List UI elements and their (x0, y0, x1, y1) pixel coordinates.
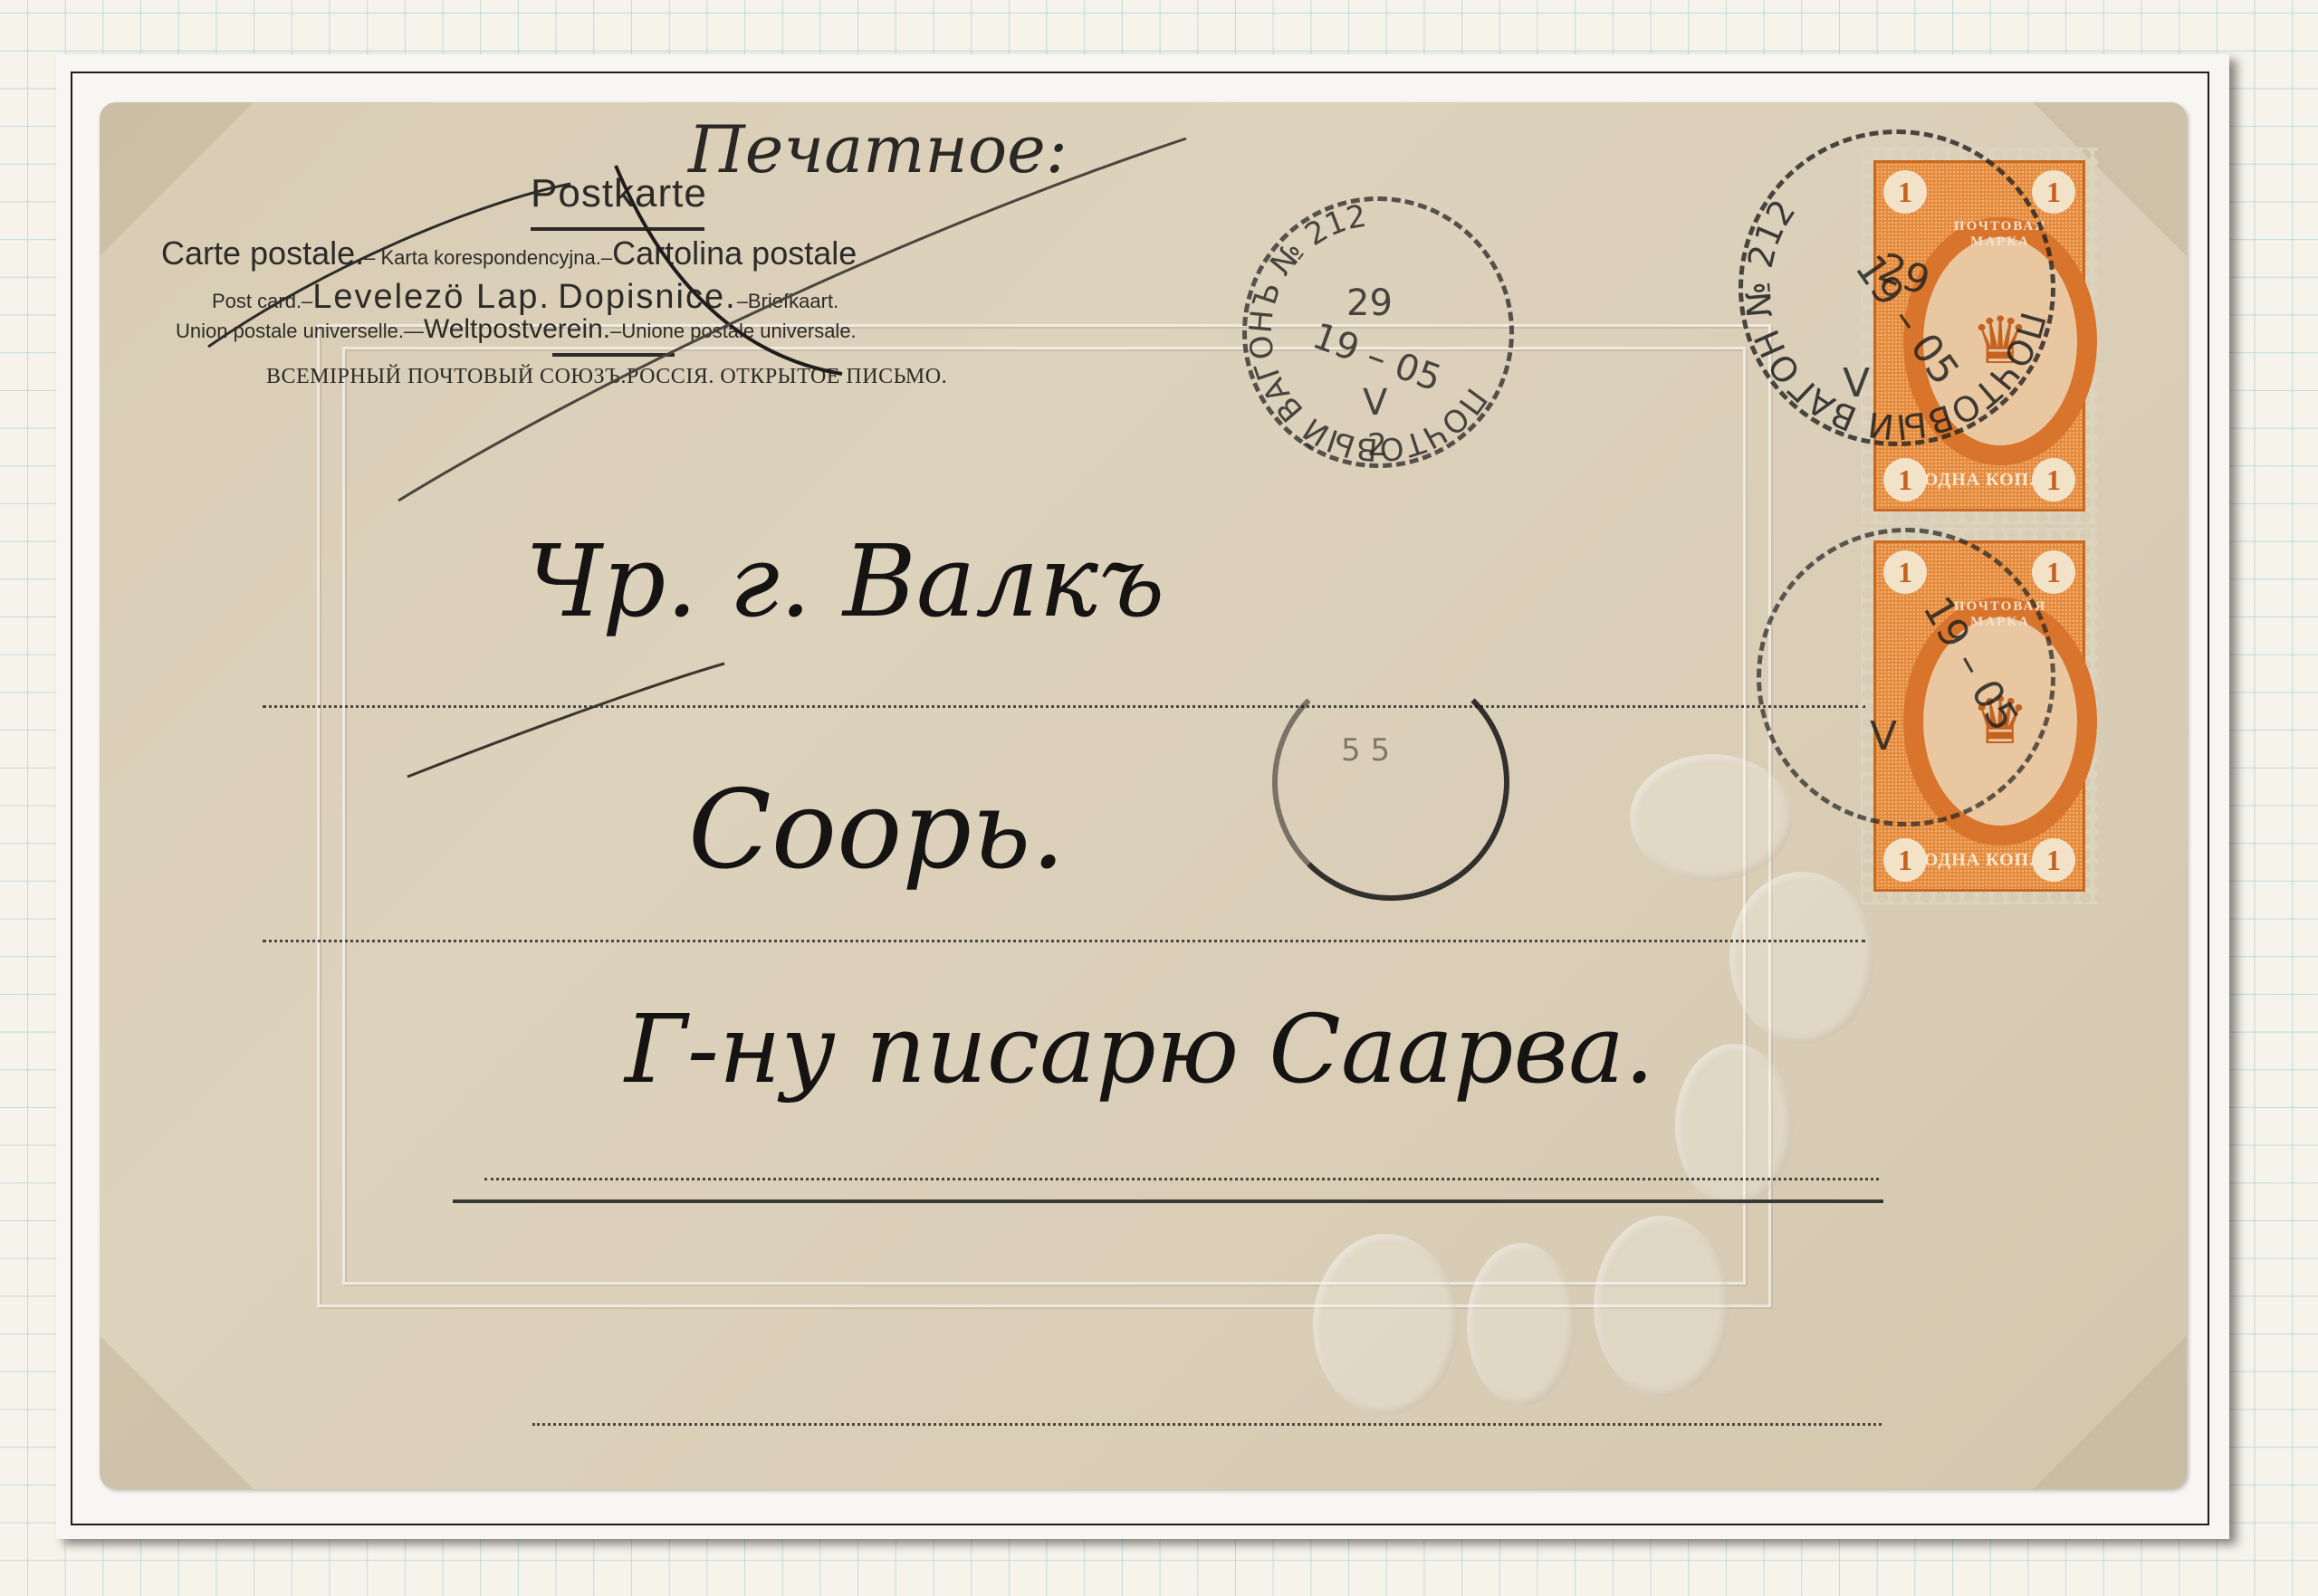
corner-mount-bottom-left (100, 1335, 254, 1489)
briefkaart-text: –Briefkaart. (737, 290, 839, 312)
corner-mount-top-left (100, 102, 254, 256)
post-card-text: Post card.– (212, 290, 312, 312)
postkarte-title: Postkarte (531, 171, 707, 216)
postmark-traveling-post-office: ПОЧТОВЫЙ ВАГОНЪ № 212 29 19 – 05 V 2 (1242, 196, 1514, 468)
embossed-flower (1594, 1216, 1729, 1397)
weltpostverein-text: Weltpostverein. (424, 314, 610, 344)
address-rule-4 (532, 1423, 1882, 1426)
levelezo-lap-text: Levelezö Lap. (312, 278, 551, 316)
header-line-2: Post card.–Levelezö Lap. Dopisnice.–Brie… (212, 278, 838, 317)
address-rule-3 (484, 1178, 1879, 1180)
dopisnice-text: Dopisnice. (558, 278, 736, 316)
address-rule-3-solid (453, 1199, 1883, 1203)
postmark-ring-text: ПОЧТОВЫЙ ВАГОНЪ № 212 (1247, 201, 1509, 464)
postmark-partial-text: 5 5 (1341, 732, 1390, 769)
stamp-value: ОДНА КОП. (1876, 470, 2083, 491)
postmark-day: 29 (1346, 282, 1393, 324)
header-line-russian: ВСЕМІРНЫЙ ПОЧТОВЫЙ СОЮЗЪ.РОССІЯ. ОТКРЫТО… (266, 365, 947, 389)
postmark-year: 19 – 05 (1913, 589, 2026, 740)
embossed-flower (1729, 872, 1874, 1044)
address-line-1: Чр. г. Валкъ (525, 523, 1164, 639)
postcard: Postkarte Carte postale.– Karta korespon… (100, 102, 2187, 1489)
weltpostverein-underline (552, 353, 675, 357)
postmark-index: 2 (1367, 427, 1387, 464)
address-line-2: Соорь. (688, 768, 1066, 894)
address-rule-2 (263, 940, 1865, 942)
stamp-corner-value: 1 (2032, 550, 2075, 594)
header-line-3: Union postale universelle.—Weltpostverei… (176, 314, 857, 345)
postmark-arrival-illegible: 5 5 (1272, 664, 1509, 901)
svg-text:ПОЧТОВЫЙ ВАГОНЪ № 212: ПОЧТОВЫЙ ВАГОНЪ № 212 (1247, 201, 1509, 464)
handwritten-annotation: Печатное: (688, 111, 1068, 187)
embossed-flower (1630, 754, 1793, 881)
header-line-1: Carte postale.– Karta korespondencyjna.–… (161, 234, 857, 272)
cartolina-postale-text: Cartolina postale (612, 234, 857, 272)
karta-korespondencyjna-text: – Karta korespondencyjna.– (364, 246, 612, 269)
postmark-on-lower-stamp: 19 – 05 V (1757, 528, 2055, 827)
embossed-leaf (1675, 1044, 1793, 1207)
postmark-on-upper-stamp: ПОЧТОВЫЙ ВАГОН № 212 29 19 – 05 V (1738, 129, 2055, 446)
postmark-month: V (1363, 382, 1387, 424)
address-line-3: Г-ну писарю Саарва. (625, 994, 1654, 1104)
union-postale-text: Union postale universelle.— (176, 320, 424, 342)
embossed-leaf (1467, 1243, 1576, 1406)
unione-postale-text: –Unione postale universale. (610, 320, 857, 342)
postmark-month: V (1870, 713, 1897, 760)
corner-mount-bottom-right (2033, 1335, 2187, 1489)
title-underline (531, 227, 704, 231)
postmark-month: V (1843, 360, 1870, 406)
stamp-value: ОДНА КОП. (1876, 850, 2083, 871)
address-rule-1 (263, 705, 1865, 708)
embossed-shell (1313, 1234, 1458, 1415)
carte-postale-text: Carte postale. (161, 234, 364, 272)
